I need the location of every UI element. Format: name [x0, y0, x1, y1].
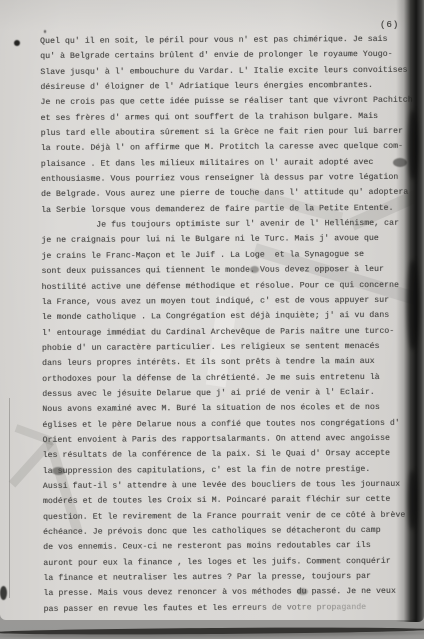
document-line: sont deux puissances qui tiennent le mon…	[41, 262, 413, 280]
scanned-page: (6) Quel qu' il en soit, le péril pour v…	[0, 0, 424, 620]
document-line: modérés et de toutes les Croix si M. Poi…	[43, 492, 415, 510]
document-line: Nous avons examiné avec M. Buré la situa…	[42, 400, 414, 418]
scanned-document-view: (6) Quel qu' il en soit, le péril pour v…	[0, 0, 424, 639]
page-edge-shadow	[396, 0, 424, 622]
document-line: pas passer en revue les fautes et les er…	[43, 599, 415, 617]
paper-speck	[44, 30, 46, 33]
document-text: Quel qu' il en soit, le péril pour vous …	[40, 32, 416, 617]
document-line: qu' à Belgrade certains brûlent d' envie…	[40, 47, 412, 65]
document-line: de vos ennemis. Ceux-ci ne resteront pas…	[43, 538, 415, 556]
paper-speck	[14, 40, 20, 46]
document-line: dans leurs propres intérêts. Et ils sont…	[42, 354, 414, 372]
table-edge-line	[0, 626, 424, 635]
document-line: les résultats de la conférence de la pai…	[43, 446, 415, 464]
document-line: le monde catholique . La Congrégation es…	[42, 308, 414, 326]
fold-line	[9, 398, 10, 598]
paper-speck	[0, 586, 7, 600]
